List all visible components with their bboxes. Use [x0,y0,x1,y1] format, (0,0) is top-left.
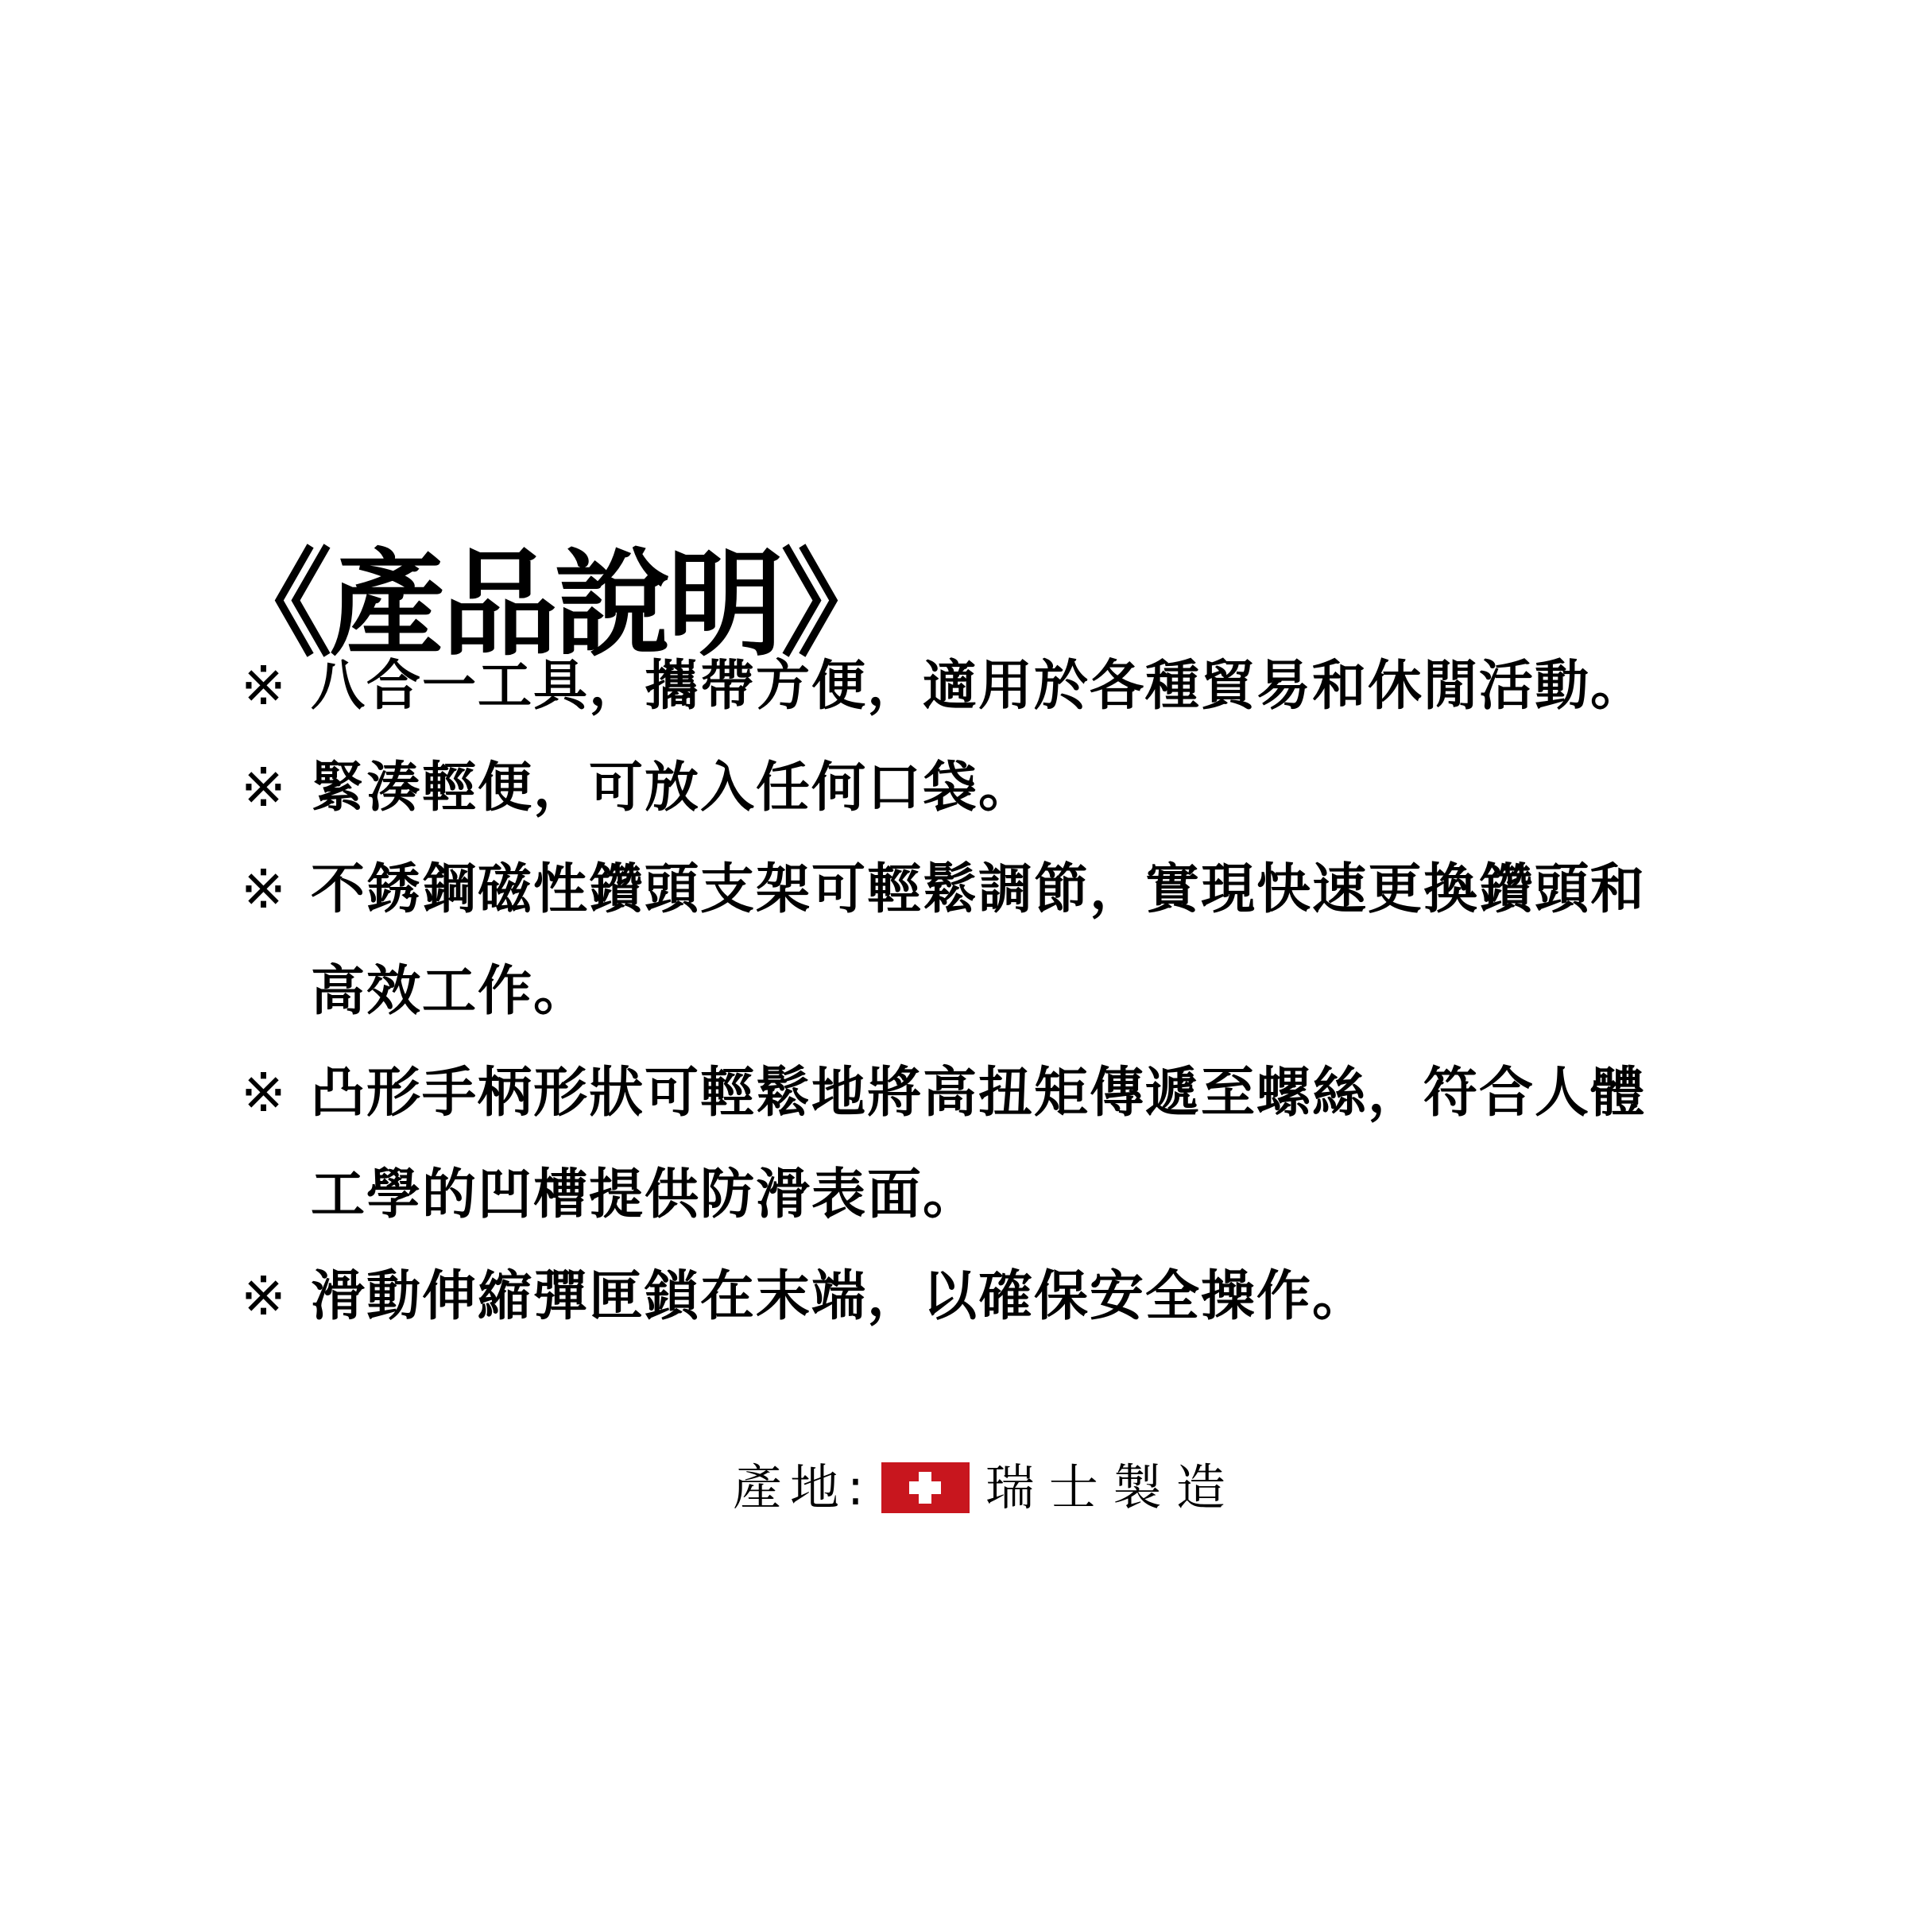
feature-line: 不銹鋼磁性鑽頭支架可輕鬆調節，實現快速更換鑽頭和 [311,839,1751,941]
country-of-origin: 產地: 瑞士製造 [733,1456,1240,1520]
feature-item: ※ 不銹鋼磁性鑽頭支架可輕鬆調節，實現快速更換鑽頭和 高效工作。 [241,839,1751,1043]
feature-line: 凸形手柄形狀可輕鬆地將高扭矩傳遞至螺絲，符合人體 [311,1043,1751,1144]
feature-item: ※ 滑動伸縮彈匣鎖在末端，以確保安全操作。 [241,1246,1751,1348]
reference-mark-icon: ※ [241,839,311,941]
feature-item: ※ 凸形手柄形狀可輕鬆地將高扭矩傳遞至螺絲，符合人體 工學的凹槽提供防滑表面。 [241,1043,1751,1246]
reference-mark-icon: ※ [241,636,311,738]
feature-text: 八合一工具，攜帶方便，適用於各種貿易和休閒活動。 [311,636,1751,738]
flag-cross-horizontal [909,1481,941,1494]
reference-mark-icon: ※ [241,1246,311,1348]
feature-line: 工學的凹槽提供防滑表面。 [311,1144,1751,1246]
feature-list: ※ 八合一工具，攜帶方便，適用於各種貿易和休閒活動。 ※ 緊湊輕便，可放入任何口… [241,636,1751,1348]
feature-line: 高效工作。 [311,941,1751,1043]
reference-mark-icon: ※ [241,738,311,839]
feature-line: 八合一工具，攜帶方便，適用於各種貿易和休閒活動。 [311,636,1751,738]
swiss-flag-icon [881,1462,970,1513]
feature-text: 滑動伸縮彈匣鎖在末端，以確保安全操作。 [311,1246,1751,1348]
feature-item: ※ 緊湊輕便，可放入任何口袋。 [241,738,1751,839]
feature-text: 不銹鋼磁性鑽頭支架可輕鬆調節，實現快速更換鑽頭和 高效工作。 [311,839,1751,1043]
origin-label: 產地: [733,1456,872,1520]
feature-text: 凸形手柄形狀可輕鬆地將高扭矩傳遞至螺絲，符合人體 工學的凹槽提供防滑表面。 [311,1043,1751,1246]
feature-line: 滑動伸縮彈匣鎖在末端，以確保安全操作。 [311,1246,1751,1348]
origin-value: 瑞士製造 [985,1456,1240,1520]
feature-line: 緊湊輕便，可放入任何口袋。 [311,738,1751,839]
feature-text: 緊湊輕便，可放入任何口袋。 [311,738,1751,839]
reference-mark-icon: ※ [241,1043,311,1144]
feature-item: ※ 八合一工具，攜帶方便，適用於各種貿易和休閒活動。 [241,636,1751,738]
